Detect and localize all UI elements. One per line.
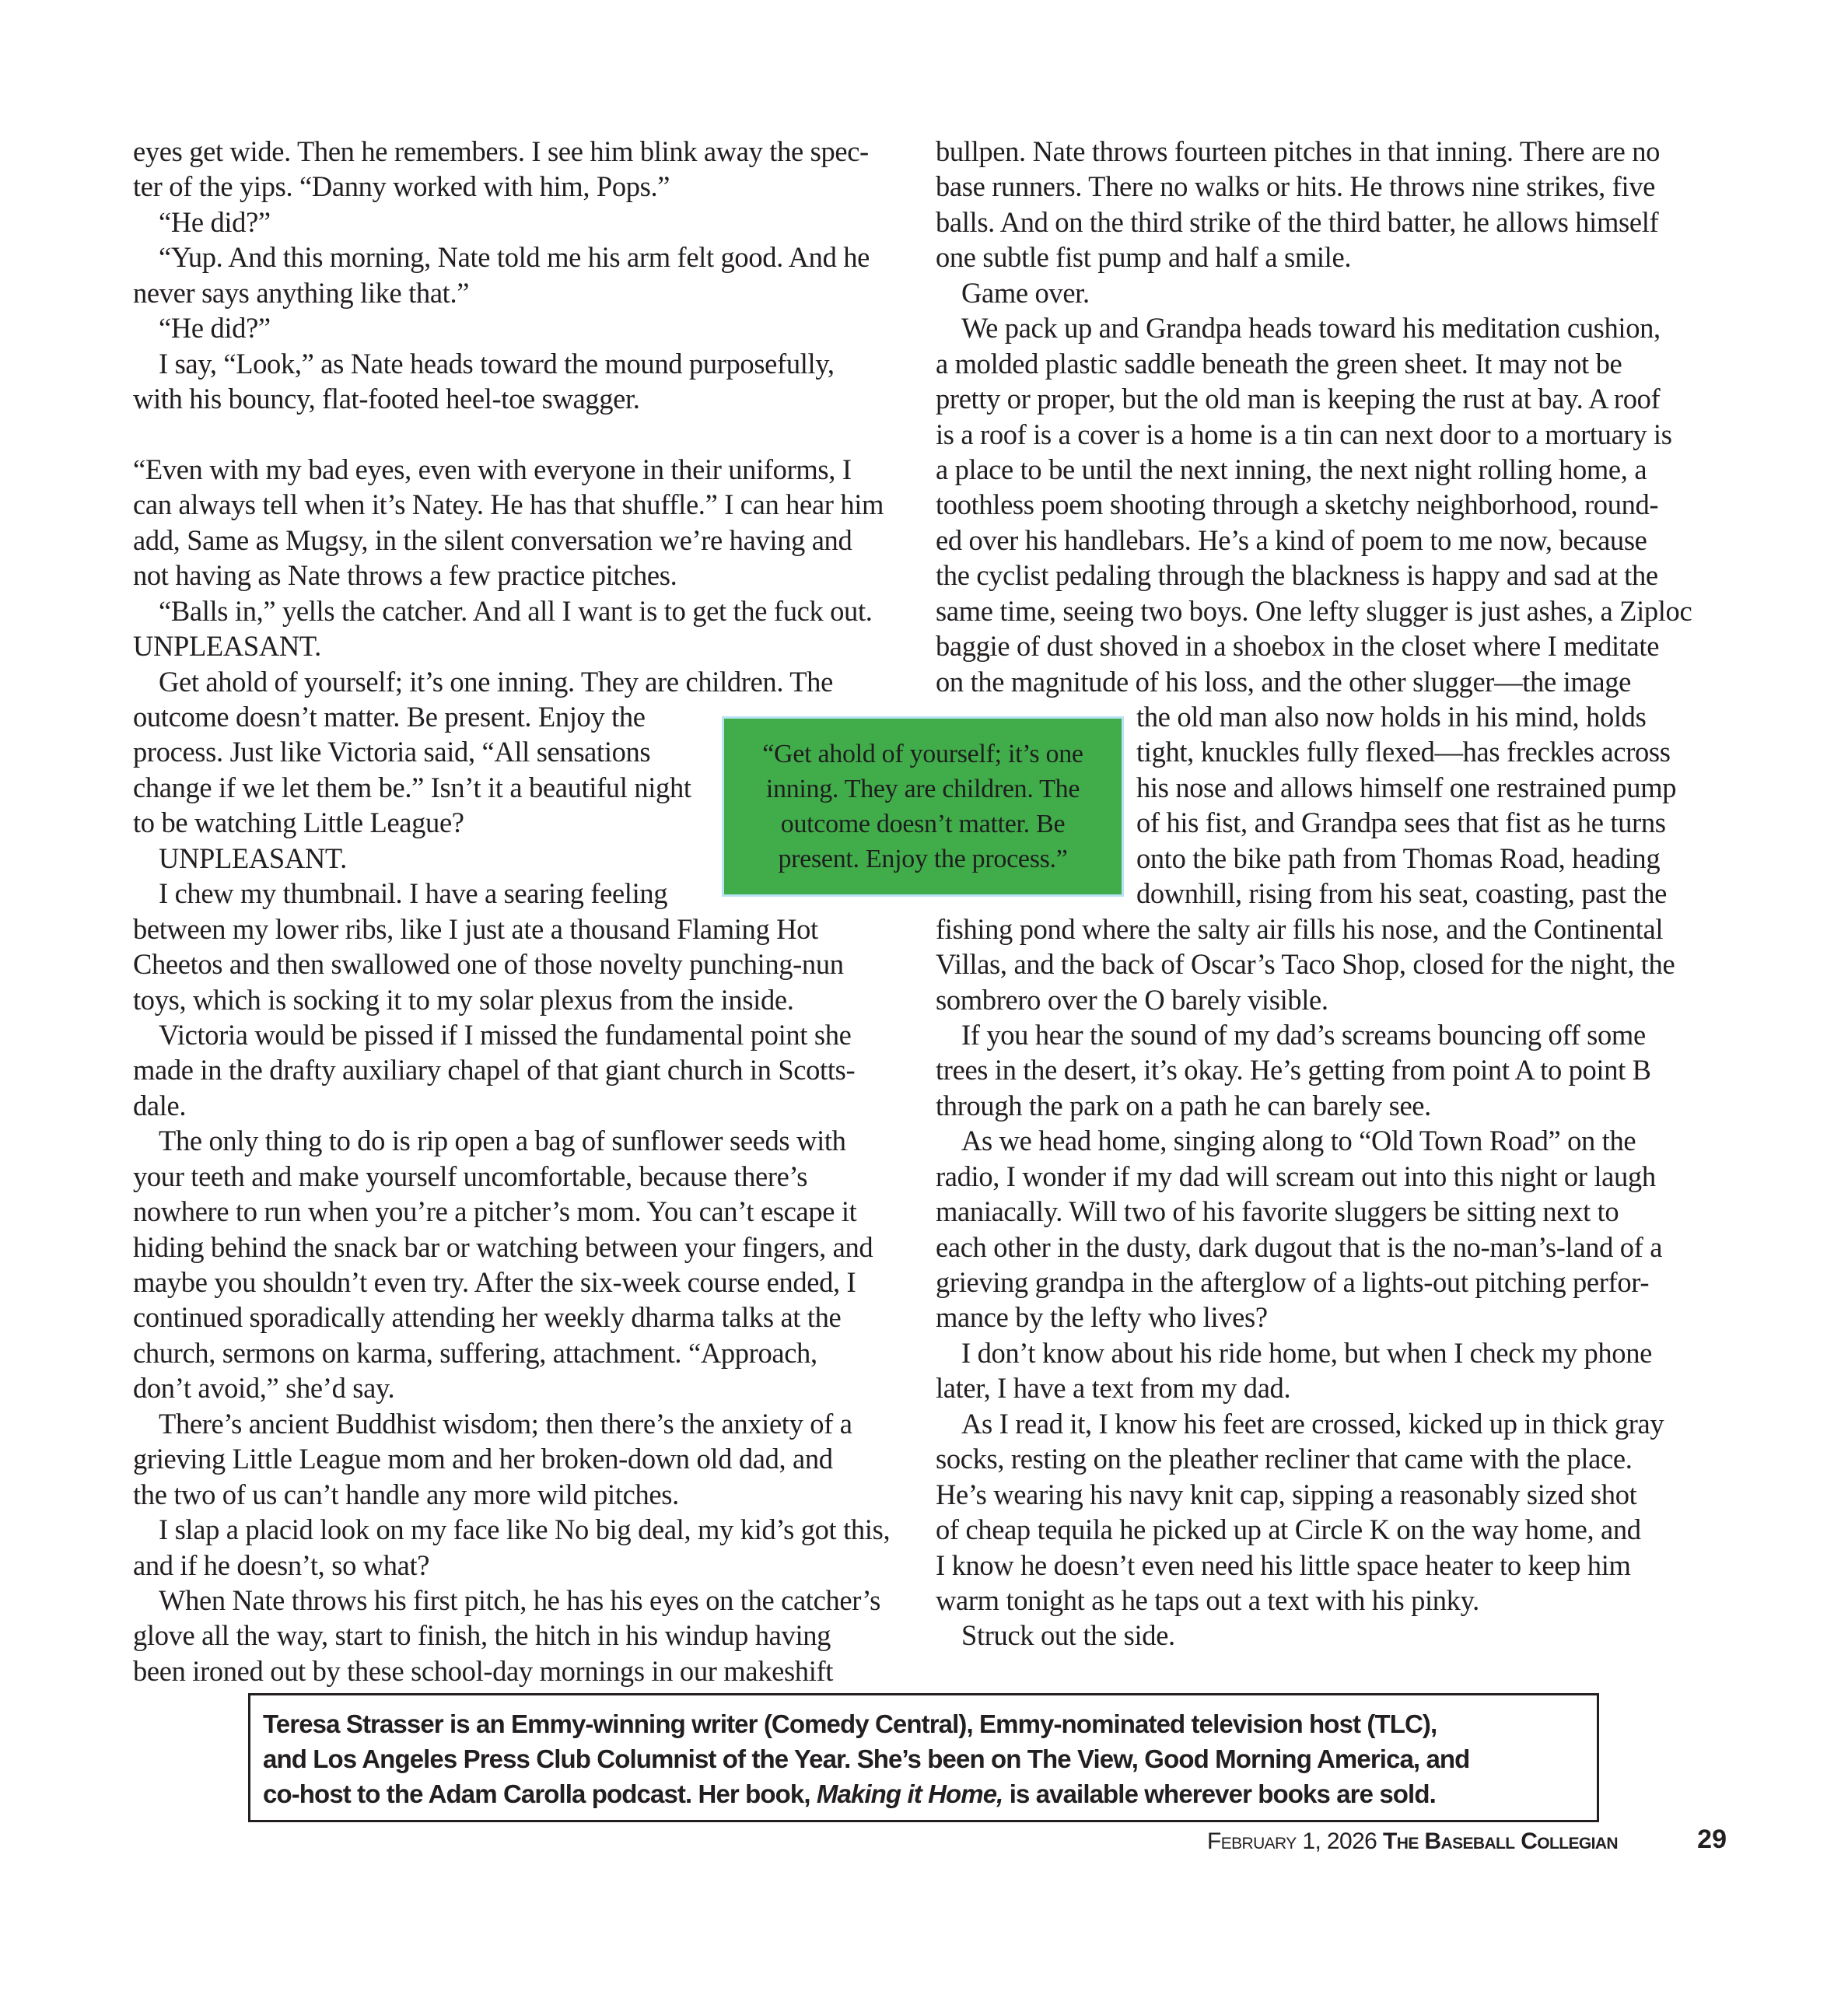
text-line: He’s wearing his navy knit cap, sipping … (936, 1477, 1737, 1512)
text-line: sombrero over the O barely visible. (936, 982, 1737, 1017)
text-line: can always tell when it’s Natey. He has … (133, 487, 919, 522)
pull-quote: “Get ahold of yourself; it’s one inning.… (722, 716, 1124, 897)
text-line: each other in the dusty, dark dugout tha… (936, 1230, 1737, 1265)
pull-quote-line: inning. They are children. The (762, 772, 1083, 807)
publication-name: The Baseball Collegian (1383, 1828, 1618, 1854)
text-line: not having as Nate throws a few practice… (133, 558, 919, 593)
text-line: We pack up and Grandpa heads toward his … (936, 310, 1737, 345)
book-title: Making it Home, (817, 1779, 1003, 1808)
text-line: been ironed out by these school-day morn… (133, 1653, 919, 1688)
text-line: grieving grandpa in the afterglow of a l… (936, 1265, 1737, 1300)
text-line: bullpen. Nate throws fourteen pitches in… (936, 134, 1737, 169)
text-line: glove all the way, start to finish, the … (133, 1618, 919, 1653)
text-line: warm tonight as he taps out a text with … (936, 1583, 1737, 1618)
page-number: 29 (1672, 1823, 1727, 1856)
text-line: nowhere to run when you’re a pitcher’s m… (133, 1194, 919, 1229)
text-line: Villas, and the back of Oscar’s Taco Sho… (936, 947, 1737, 982)
text-line: “Balls in,” yells the catcher. And all I… (133, 593, 919, 628)
text-line: UNPLEASANT. (133, 628, 919, 663)
text-line: “He did?” (133, 310, 919, 345)
text-line: Struck out the side. (936, 1618, 1737, 1653)
page-footer: February 1, 2026 The Baseball Collegian (1167, 1826, 1618, 1857)
text-line: grieving Little League mom and her broke… (133, 1441, 919, 1476)
text-line: balls. And on the third strike of the th… (936, 205, 1737, 240)
text-line: “Yup. And this morning, Nate told me his… (133, 240, 919, 275)
text-line: the two of us can’t handle any more wild… (133, 1477, 919, 1512)
bio-text: co-host to the Adam Carolla podcast. Her… (263, 1779, 817, 1808)
text-line: between my lower ribs, like I just ate a… (133, 912, 919, 947)
text-line (133, 417, 919, 452)
text-line: a place to be until the next inning, the… (936, 452, 1737, 487)
text-line: later, I have a text from my dad. (936, 1370, 1737, 1405)
text-line: eyes get wide. Then he remembers. I see … (133, 134, 919, 169)
text-line: toothless poem shooting through a sketch… (936, 487, 1737, 522)
text-line: don’t avoid,” she’d say. (133, 1370, 919, 1405)
text-line: hiding behind the snack bar or watching … (133, 1230, 919, 1265)
pull-quote-line: outcome doesn’t matter. Be (762, 807, 1083, 842)
text-line: add, Same as Mugsy, in the silent conver… (133, 523, 919, 558)
text-line: toys, which is socking it to my solar pl… (133, 982, 919, 1017)
text-line: church, sermons on karma, suffering, att… (133, 1335, 919, 1370)
text-line: ter of the yips. “Danny worked with him,… (133, 169, 919, 204)
text-line: Victoria would be pissed if I missed the… (133, 1017, 919, 1052)
text-line: Cheetos and then swallowed one of those … (133, 947, 919, 982)
text-line: one subtle fist pump and half a smile. (936, 240, 1737, 275)
text-line: baggie of dust shoved in a shoebox in th… (936, 628, 1737, 663)
text-line: through the park on a path he can barely… (936, 1088, 1737, 1123)
text-line: with his bouncy, flat-footed heel-toe sw… (133, 381, 919, 416)
pull-quote-text: “Get ahold of yourself; it’s one inning.… (762, 737, 1083, 877)
text-line: and if he doesn’t, so what? (133, 1548, 919, 1583)
text-line: your teeth and make yourself uncomfortab… (133, 1159, 919, 1194)
text-line: As we head home, singing along to “Old T… (936, 1123, 1737, 1158)
text-line: “He did?” (133, 205, 919, 240)
text-line: As I read it, I know his feet are crosse… (936, 1406, 1737, 1441)
text-line: mance by the lefty who lives? (936, 1300, 1737, 1335)
text-line: on the magnitude of his loss, and the ot… (936, 664, 1737, 699)
text-line: pretty or proper, but the old man is kee… (936, 381, 1737, 416)
text-line: I know he doesn’t even need his little s… (936, 1548, 1737, 1583)
bio-text: is available wherever books are sold. (1003, 1779, 1435, 1808)
pull-quote-line: “Get ahold of yourself; it’s one (762, 737, 1083, 772)
author-bio-box: Teresa Strasser is an Emmy-winning write… (248, 1693, 1599, 1822)
text-line: fishing pond where the salty air fills h… (936, 912, 1737, 947)
text-line: radio, I wonder if my dad will scream ou… (936, 1159, 1737, 1194)
text-line: same time, seeing two boys. One lefty sl… (936, 593, 1737, 628)
text-line: socks, resting on the pleather recliner … (936, 1441, 1737, 1476)
pull-quote-line: present. Enjoy the process.” (762, 842, 1083, 877)
text-line: is a roof is a cover is a home is a tin … (936, 417, 1737, 452)
text-line: There’s ancient Buddhist wisdom; then th… (133, 1406, 919, 1441)
text-line: I slap a placid look on my face like No … (133, 1512, 919, 1547)
text-line: never says anything like that.” (133, 275, 919, 310)
text-line: The only thing to do is rip open a bag o… (133, 1123, 919, 1158)
text-line: continued sporadically attending her wee… (133, 1300, 919, 1335)
text-line: maybe you shouldn’t even try. After the … (133, 1265, 919, 1300)
text-line: of cheap tequila he picked up at Circle … (936, 1512, 1737, 1547)
bio-line: co-host to the Adam Carolla podcast. Her… (263, 1776, 1597, 1811)
text-line: trees in the desert, it’s okay. He’s get… (936, 1052, 1737, 1087)
text-line: I say, “Look,” as Nate heads toward the … (133, 346, 919, 381)
text-line: base runners. There no walks or hits. He… (936, 169, 1737, 204)
text-line: Game over. (936, 275, 1737, 310)
issue-date: February 1, 2026 (1207, 1828, 1377, 1854)
text-line: a molded plastic saddle beneath the gree… (936, 346, 1737, 381)
left-column: eyes get wide. Then he remembers. I see … (133, 134, 919, 1688)
bio-line: and Los Angeles Press Club Columnist of … (263, 1741, 1597, 1776)
text-line: maniacally. Will two of his favorite slu… (936, 1194, 1737, 1229)
text-line: If you hear the sound of my dad’s scream… (936, 1017, 1737, 1052)
text-line: made in the drafty auxiliary chapel of t… (133, 1052, 919, 1087)
bio-line: Teresa Strasser is an Emmy-winning write… (263, 1706, 1597, 1741)
text-line: Get ahold of yourself; it’s one inning. … (133, 664, 919, 699)
text-line: “Even with my bad eyes, even with everyo… (133, 452, 919, 487)
text-line: the cyclist pedaling through the blackne… (936, 558, 1737, 593)
text-line: ed over his handlebars. He’s a kind of p… (936, 523, 1737, 558)
text-line: When Nate throws his first pitch, he has… (133, 1583, 919, 1618)
text-line: I don’t know about his ride home, but wh… (936, 1335, 1737, 1370)
text-line: dale. (133, 1088, 919, 1123)
